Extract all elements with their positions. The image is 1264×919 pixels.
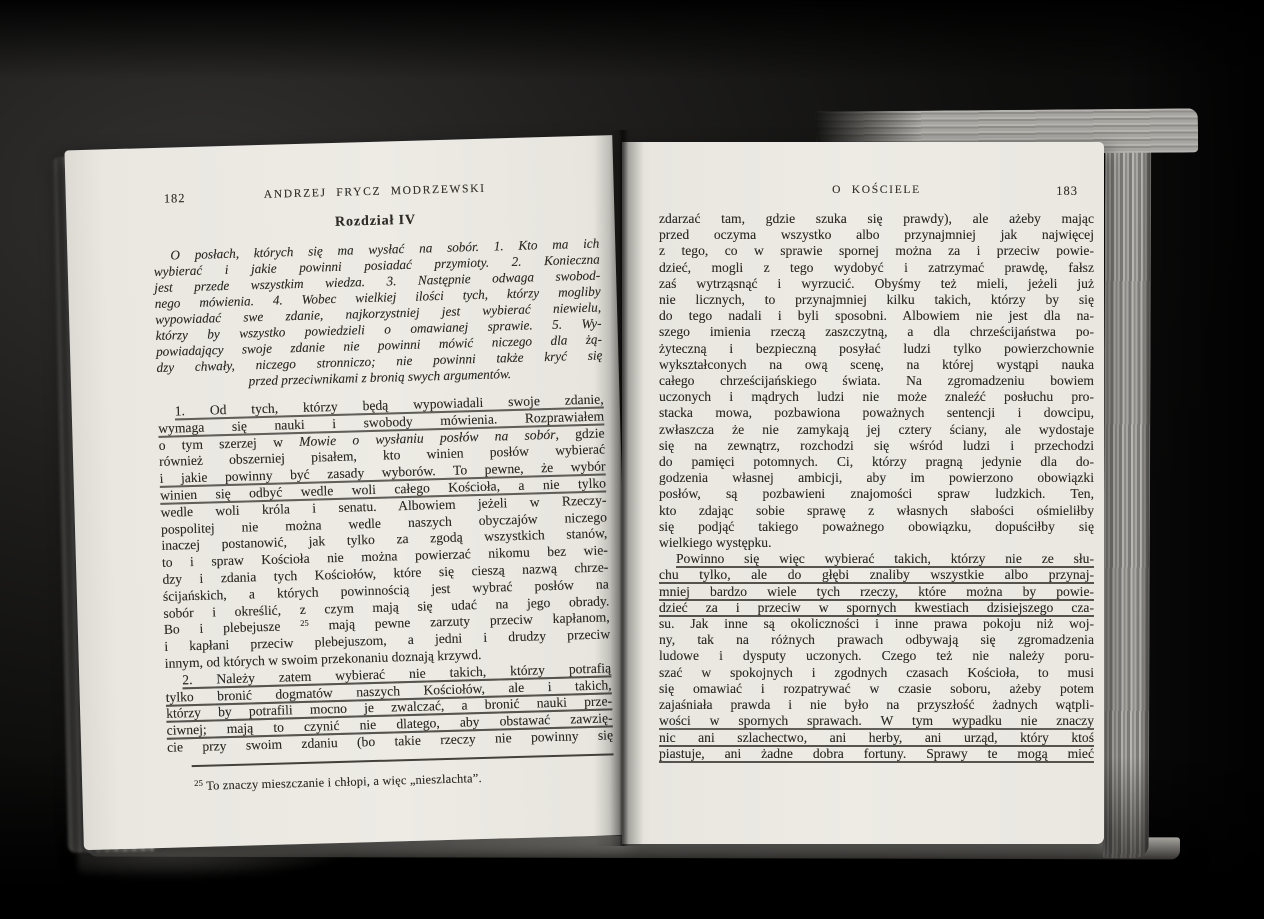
right-page-header: O KOŚCIELE 183 <box>659 184 1094 199</box>
text-line: wości w spornych sprawach. W tym wypadku… <box>659 713 1094 729</box>
text-line: uczonych i mądrych ludzi nie może znaleź… <box>659 389 1094 405</box>
text-line: stacka mowa, pozbawiona poważnych senten… <box>659 405 1094 421</box>
open-book: 182 ANDRZEJ FRYCZ MODRZEWSKI Rozdział IV… <box>60 108 1164 874</box>
paragraph: Powinno się więc wybierać takich, którzy… <box>659 551 1094 762</box>
text-line: ludowe i dysputy uczonych. Czego też nie… <box>659 648 1094 664</box>
text-line: nie licznych, to przynajmniej kilku taki… <box>659 292 1094 308</box>
left-page-header: 182 ANDRZEJ FRYCZ MODRZEWSKI <box>152 180 598 207</box>
running-header-left: ANDRZEJ FRYCZ MODRZEWSKI <box>264 183 486 201</box>
text-line: kto zdając sobie sprawę z własnych słabo… <box>659 503 1094 519</box>
text-line: zdarzać tam, gdzie szuka się prawdy), al… <box>659 211 1094 227</box>
text-line: chu tylko, ale do głębi znaliby wszystki… <box>659 567 1094 583</box>
text-line: do pamięci potomnych. Ci, którzy pragną … <box>659 454 1094 470</box>
right-page-content: O KOŚCIELE 183 zdarzać tam, gdzie szuka … <box>622 142 1104 844</box>
right-page: O KOŚCIELE 183 zdarzać tam, gdzie szuka … <box>622 142 1104 844</box>
text-line: dzieć za i przeciw w spornych kwestiach … <box>659 600 1094 616</box>
paragraph: 2. Należy zatem wybierać nie takich, któ… <box>165 660 613 756</box>
text-line: zwłaszcza że nie zamykają jej cztery ści… <box>659 422 1094 438</box>
book-cover-corner-shadow <box>78 850 358 880</box>
text-line: do tego nadali i byli sposobni. Albowiem… <box>659 308 1094 324</box>
left-page-body: 1. Od tych, którzy będą wypowiadali swoj… <box>158 391 614 756</box>
paragraph: 1. Od tych, którzy będą wypowiadali swoj… <box>158 391 611 672</box>
text-line: zaś wytrząsnąć i wyrzucić. Obyśmy też mi… <box>659 276 1094 292</box>
text-line: ny, tak na różnych prawach odbywają się … <box>659 632 1094 648</box>
text-line: z tego, co w sprawie spornej można za i … <box>659 243 1094 259</box>
text-line: szać w spokojnych i zgodnych czasach Koś… <box>659 665 1094 681</box>
text-line: Powinno się więc wybierać takich, którzy… <box>659 551 1094 567</box>
right-page-stack-edge <box>1103 134 1152 858</box>
text-line: mniej bardzo wiele tych rzeczy, które mo… <box>659 584 1094 600</box>
text-line: nic ani szlachectwo, ani herby, ani urzą… <box>659 730 1094 746</box>
text-line: się na zewnątrz, rozchodzi się wśród lud… <box>659 438 1094 454</box>
footnote: 25 To znaczy mieszczanie i chłopi, a wię… <box>168 767 614 794</box>
text-line: się podjąć takiego poważnego obowiązku, … <box>659 519 1094 535</box>
text-line: się omawiać i rozpatrywać w czasie sobor… <box>659 681 1094 697</box>
text-line: całego chrześcijańskiego świata. Na zgro… <box>659 373 1094 389</box>
chapter-heading: Rozdział IV <box>152 208 598 236</box>
text-line: zajaśniała prawda i nie było na przyszło… <box>659 697 1094 713</box>
text-line: posłów, są pozbawieni znajomości spraw l… <box>659 486 1094 502</box>
text-line: dzieć, mogli z tego wydobyć i zatrzymać … <box>659 260 1094 276</box>
text-line: wykształconych na ową scenę, na której w… <box>659 357 1094 373</box>
text-line: przed oczyma wszystko albo przynajmniej … <box>659 227 1094 243</box>
photo-background: 182 ANDRZEJ FRYCZ MODRZEWSKI Rozdział IV… <box>0 0 1264 919</box>
text-line: su. Jak inne są okoliczności i inne praw… <box>659 616 1094 632</box>
page-number-left: 182 <box>164 191 186 207</box>
left-page: 182 ANDRZEJ FRYCZ MODRZEWSKI Rozdział IV… <box>64 135 631 850</box>
text-line: wielkiego występku. <box>659 535 1094 551</box>
text-line: szego imienia rzeczą zaszczytną, a dla c… <box>659 324 1094 340</box>
page-number-right: 183 <box>1056 184 1078 199</box>
paragraph: zdarzać tam, gdzie szuka się prawdy), al… <box>659 211 1094 551</box>
text-line: żyteczną i bezpieczną posyłać ludzi tylk… <box>659 341 1094 357</box>
running-header-right: O KOŚCIELE <box>832 184 921 196</box>
chapter-argument: O posłach, których się ma wysłać na sobó… <box>153 236 603 392</box>
text-line: piastuje, ani żadne dobra fortuny. Spraw… <box>659 746 1094 762</box>
footnote-rule <box>192 753 614 767</box>
right-page-body: zdarzać tam, gdzie szuka się prawdy), al… <box>659 211 1094 762</box>
text-line: godzenia własnej ambicji, aby im powierz… <box>659 470 1094 486</box>
left-page-content: 182 ANDRZEJ FRYCZ MODRZEWSKI Rozdział IV… <box>64 135 631 850</box>
